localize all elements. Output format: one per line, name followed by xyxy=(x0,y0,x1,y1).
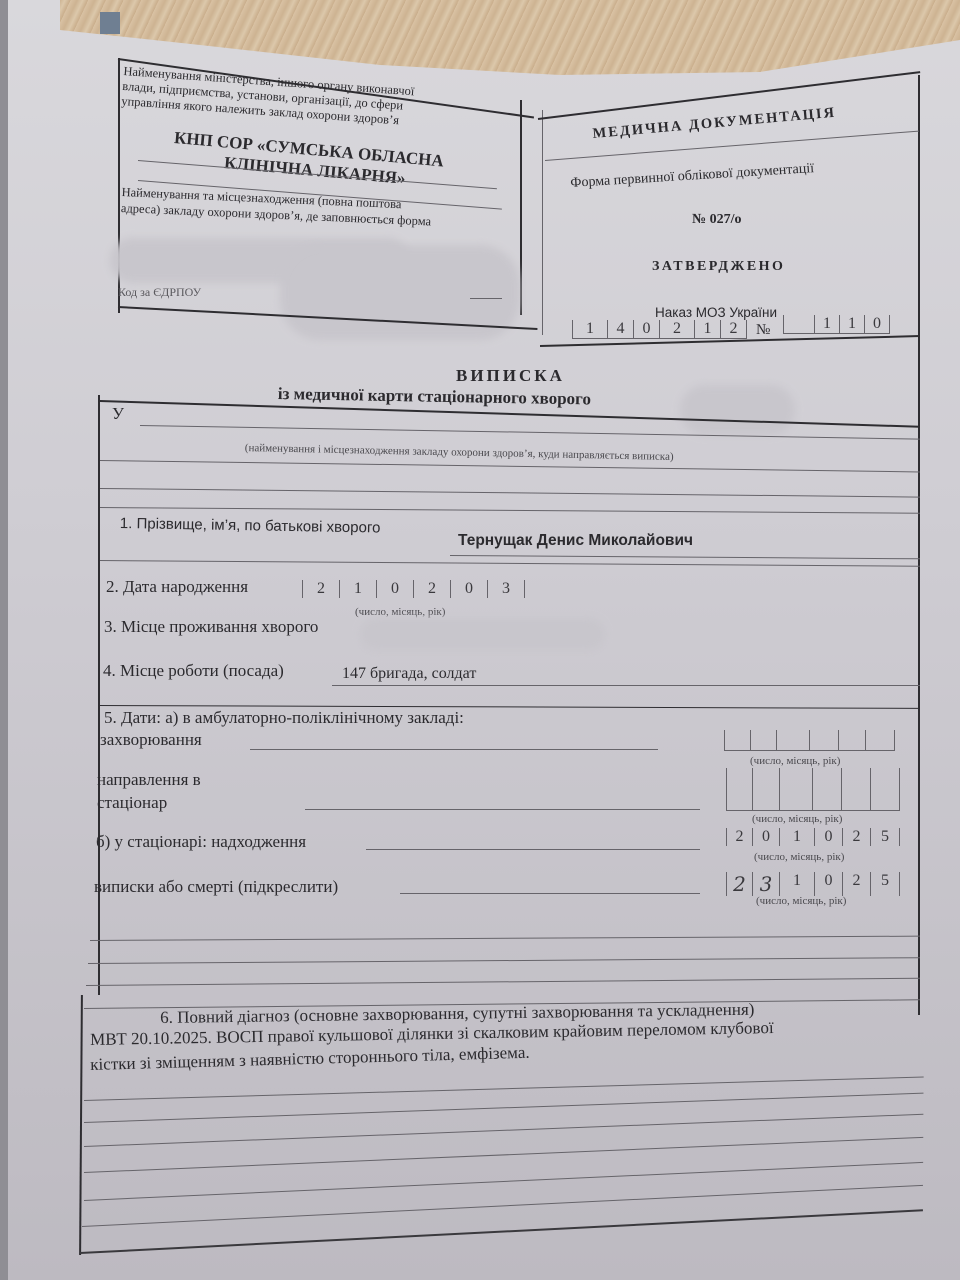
admission-date-digit: 2 xyxy=(726,828,752,846)
referral-date-digit xyxy=(870,768,900,810)
medical-documentation-title: МЕДИЧНА ДОКУМЕНТАЦІЯ xyxy=(592,105,837,143)
discharge-date-boxes: 2 3 1 0 2 5 xyxy=(726,872,900,896)
order-number-digit: 1 xyxy=(839,315,864,333)
discharge-date-digit: 2 xyxy=(726,872,752,896)
recipient-line xyxy=(140,425,920,440)
referral-date-digit xyxy=(752,768,779,810)
order-number-boxes: 1 1 0 xyxy=(783,315,890,334)
dob-digit: 0 xyxy=(376,580,413,598)
dob-digit: 3 xyxy=(487,580,525,598)
recipient-line-2 xyxy=(100,460,920,472)
field-divider xyxy=(100,560,920,567)
admission-date-digit: 5 xyxy=(870,828,900,846)
header-divider-right xyxy=(542,110,543,335)
referral-date-boxes xyxy=(726,768,900,811)
illness-date-digit xyxy=(724,730,750,750)
form-border-right xyxy=(918,75,920,1015)
admission-date-caption: (число, місяць, рік) xyxy=(754,851,844,863)
illness-date-digit xyxy=(809,730,838,750)
referral-label-line1: направлення в xyxy=(97,770,201,790)
residence-label: 3. Місце проживання хворого xyxy=(104,617,318,637)
discharge-date-digit: 1 xyxy=(779,872,814,896)
admission-date-digit: 1 xyxy=(779,828,814,846)
discharge-form-page: Найменування міністерства, іншого органу… xyxy=(0,0,960,1280)
ruled-line xyxy=(86,978,920,986)
discharge-date-caption: (число, місяць, рік) xyxy=(756,895,846,907)
order-date-digit: 2 xyxy=(720,320,747,338)
discharge-underline xyxy=(400,893,700,894)
ruled-line xyxy=(82,1185,923,1227)
patient-name-label: 1. Прізвище, ім’я, по батькові хворого xyxy=(120,515,381,537)
form-label: Форма первинної облікової документації xyxy=(570,161,815,192)
order-date-digit: 4 xyxy=(607,320,633,338)
dob-digit: 1 xyxy=(339,580,376,598)
dob-boxes: 2 1 0 2 0 3 xyxy=(302,580,525,598)
illness-date-digit xyxy=(776,730,809,750)
ruled-line xyxy=(84,1162,923,1201)
form-bottom-border xyxy=(80,1209,923,1254)
address-label: Найменування та місцезнаходження (повна … xyxy=(121,184,433,230)
referral-underline xyxy=(305,809,700,810)
admission-date-boxes: 2 0 1 0 2 5 xyxy=(726,828,900,846)
ruled-line xyxy=(90,936,920,941)
recipient-caption: (найменування і місцезнаходження закладу… xyxy=(245,442,674,463)
illness-date-digit xyxy=(750,730,776,750)
referral-date-digit xyxy=(779,768,812,810)
dob-label: 2. Дата народження xyxy=(106,577,248,597)
ruled-line xyxy=(88,957,920,964)
referral-date-caption: (число, місяць, рік) xyxy=(752,813,842,825)
discharge-date-digit: 3 xyxy=(752,872,779,896)
code-label: Код за ЄДРПОУ xyxy=(118,285,201,300)
number-sign: № xyxy=(756,322,770,339)
top-border-right xyxy=(538,71,920,120)
admission-date-digit: 0 xyxy=(752,828,779,846)
approved-label: ЗАТВЕРДЖЕНО xyxy=(652,259,785,275)
order-date-boxes: 1 4 0 2 1 2 xyxy=(572,320,747,339)
illness-label: захворювання xyxy=(100,730,202,750)
dob-digit: 0 xyxy=(450,580,487,598)
redacted-residence xyxy=(360,618,605,650)
ministry-label: Найменування міністерства, іншого органу… xyxy=(121,64,415,129)
referral-date-digit xyxy=(841,768,870,810)
discharge-date-digit: 2 xyxy=(842,872,870,896)
document-title: ВИПИСКА xyxy=(456,366,565,386)
order-number-digit xyxy=(783,315,814,333)
illness-date-digit xyxy=(838,730,865,750)
header-divider xyxy=(520,100,522,315)
dates-section-label: 5. Дати: а) в амбулаторно-поліклінічному… xyxy=(104,708,464,728)
work-value: 147 бригада, солдат xyxy=(342,665,476,683)
dob-digit: 2 xyxy=(302,580,339,598)
order-label: Наказ МОЗ України xyxy=(655,305,777,320)
order-date-digit: 2 xyxy=(659,320,694,338)
admission-label: б) у стаціонарі: надходження xyxy=(96,832,306,852)
patient-name-value: Тернущак Денис Миколайович xyxy=(458,532,693,550)
illness-underline xyxy=(250,749,658,750)
order-number-digit: 1 xyxy=(814,315,839,333)
illness-date-boxes xyxy=(724,730,895,751)
referral-label-line2: стаціонар xyxy=(97,793,167,813)
recipient-line-4 xyxy=(100,507,920,514)
work-underline xyxy=(332,685,920,686)
admission-underline xyxy=(366,849,700,850)
form-border-left xyxy=(98,395,100,995)
admission-date-digit: 2 xyxy=(842,828,870,846)
dob-caption: (число, місяць, рік) xyxy=(355,606,445,618)
recipient-line-3 xyxy=(100,488,920,498)
illness-date-caption: (число, місяць, рік) xyxy=(750,755,840,767)
order-date-digit: 0 xyxy=(633,320,659,338)
form-number: № 027/о xyxy=(692,212,741,228)
code-underline xyxy=(470,298,502,299)
discharge-date-digit: 5 xyxy=(870,872,900,896)
form-border-left-bottom xyxy=(79,995,83,1255)
illness-date-digit xyxy=(865,730,895,750)
discharge-label: виписки або смерті (підкреслити) xyxy=(94,877,338,897)
discharge-date-digit: 0 xyxy=(814,872,842,896)
document-subtitle: із медичної карти стаціонарного хворого xyxy=(278,384,591,409)
patient-name-underline xyxy=(450,555,920,559)
referral-date-digit xyxy=(812,768,841,810)
referral-date-digit xyxy=(726,768,752,810)
redacted-card-number xyxy=(680,385,795,435)
order-number-digit: 0 xyxy=(864,315,890,333)
order-date-digit: 1 xyxy=(572,320,607,338)
admission-date-digit: 0 xyxy=(814,828,842,846)
work-label: 4. Місце роботи (посада) xyxy=(103,661,284,681)
recipient-prefix: У xyxy=(112,404,124,424)
dob-digit: 2 xyxy=(413,580,450,598)
order-date-digit: 1 xyxy=(694,320,720,338)
